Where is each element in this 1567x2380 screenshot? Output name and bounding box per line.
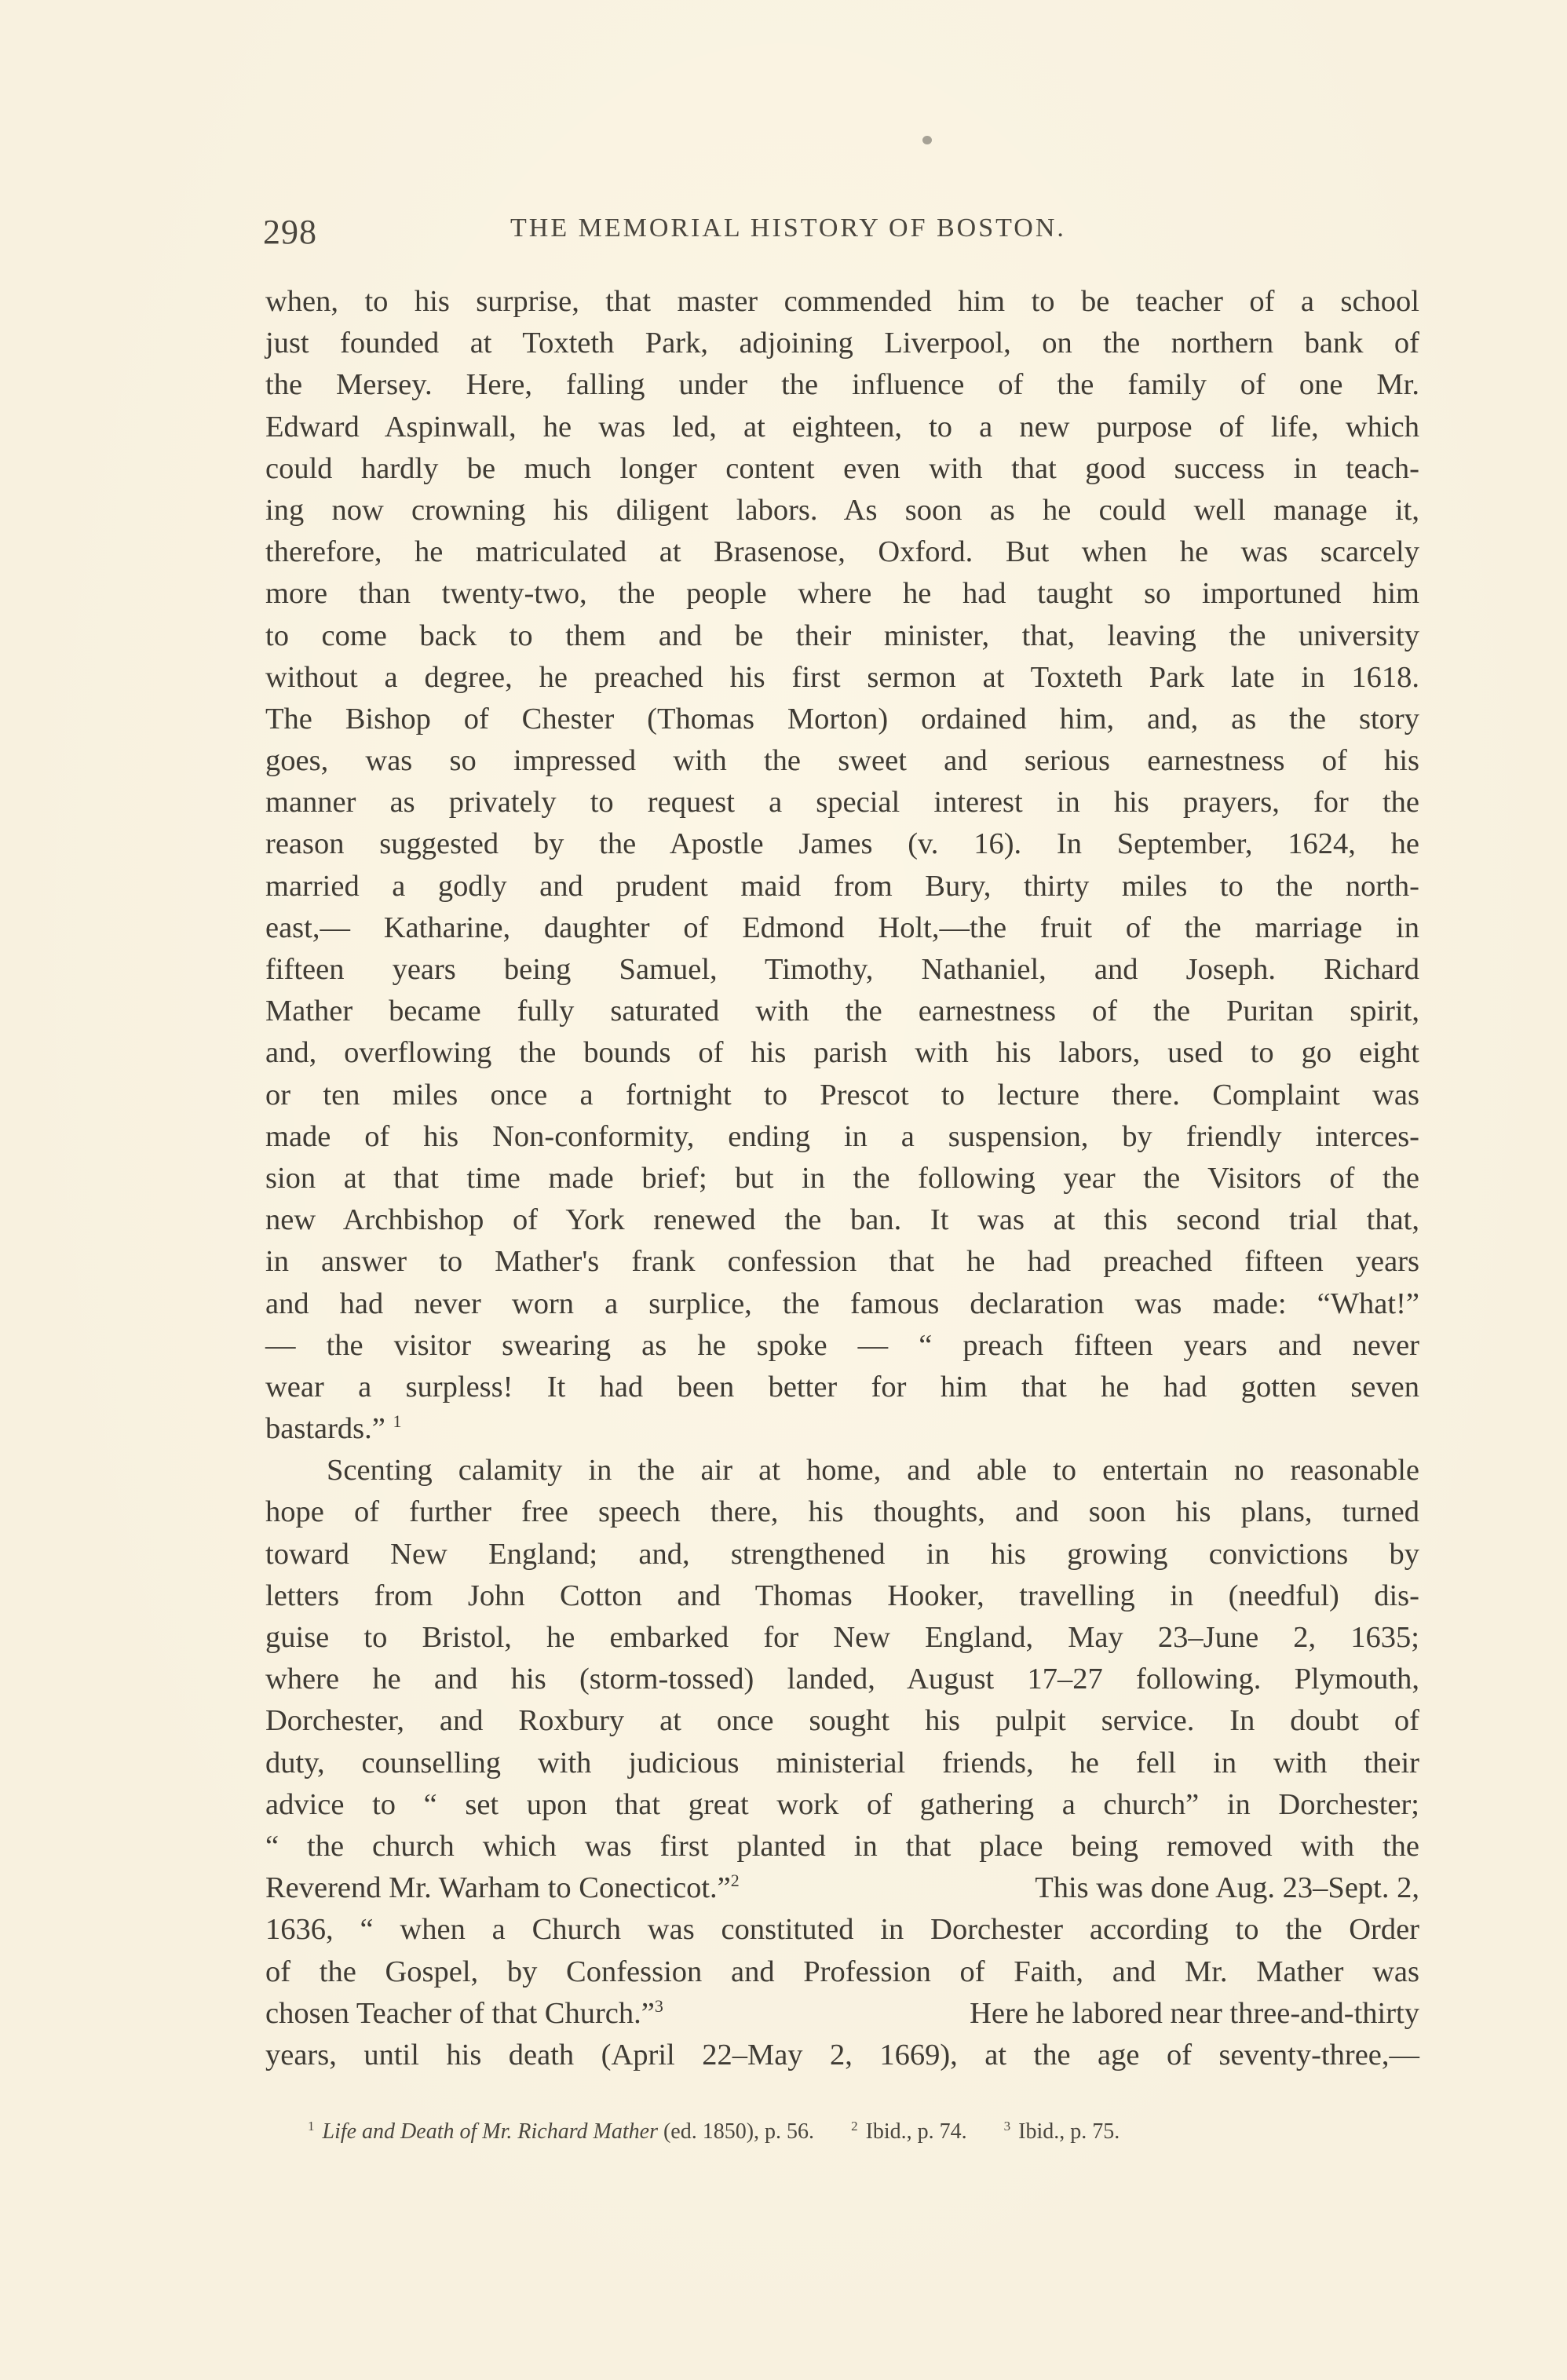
text-line: years, until his death (April 22–May 2, … [265,2035,1419,2076]
text-line: manner as privately to request a special… [265,782,1419,823]
text-line: more than twenty-two, the people where h… [265,573,1419,615]
text-line: toward New England; and, strengthened in… [265,1534,1419,1575]
paragraph-1: when, to his surprise, that master comme… [265,281,1419,1450]
text-line: The Bishop of Chester (Thomas Morton) or… [265,699,1419,740]
text-line: Reverend Mr. Warham to Conecticot.”2 Thi… [265,1867,1419,1909]
text-line: in answer to Mather's frank confession t… [265,1241,1419,1283]
running-head: 298 THE MEMORIAL HISTORY OF BOSTON. [263,206,1425,253]
text-line: — the visitor swearing as he spoke — “ p… [265,1325,1419,1367]
text-line: married a godly and prudent maid from Bu… [265,866,1419,907]
footnote-title: Life and Death of Mr. Richard Mather [323,2119,658,2144]
text-line: letters from John Cotton and Thomas Hook… [265,1575,1419,1617]
text-line: ing now crowning his diligent labors. As… [265,490,1419,531]
text-line: and had never worn a surplice, the famou… [265,1283,1419,1325]
footnote-ref-3[interactable]: 3 [655,1996,663,2016]
text-line: guise to Bristol, he embarked for New En… [265,1617,1419,1659]
text-line: chosen Teacher of that Church.”3 Here he… [265,1993,1419,2035]
text-line: new Archbishop of York renewed the ban. … [265,1199,1419,1241]
footnote-citation: Ibid., p. 74. [866,2119,967,2144]
text-line: made of his Non-conformity, ending in a … [265,1116,1419,1158]
text-line: goes, was so impressed with the sweet an… [265,740,1419,782]
text-line: where he and his (storm-tossed) landed, … [265,1659,1419,1700]
text-line: wear a surpless! It had been better for … [265,1367,1419,1408]
text-line: Edward Aspinwall, he was led, at eightee… [265,407,1419,448]
text-line: 1636, “ when a Church was constituted in… [265,1909,1419,1951]
footnote-3: 3Ibid., p. 75. [1004,2119,1120,2145]
book-page: 298 THE MEMORIAL HISTORY OF BOSTON. when… [0,0,1567,2380]
footnote-mark: 2 [851,2119,858,2134]
running-title: THE MEMORIAL HISTORY OF BOSTON. [510,214,1066,243]
text-line: Mather became fully saturated with the e… [265,991,1419,1032]
paragraph-2: Scenting calamity in the air at home, an… [265,1450,1419,2076]
footnote-mark: 3 [1004,2119,1011,2134]
body-text: when, to his surprise, that master comme… [265,281,1419,2076]
text-line: hope of further free speech there, his t… [265,1491,1419,1533]
text-line: when, to his surprise, that master comme… [265,281,1419,323]
text-line: reason suggested by the Apostle James (v… [265,823,1419,865]
text-line: the Mersey. Here, falling under the infl… [265,364,1419,406]
text-line: of the Gospel, by Confession and Profess… [265,1951,1419,1993]
paper-speck [922,136,932,144]
text-line: fifteen years being Samuel, Timothy, Nat… [265,949,1419,991]
text-line: “ the church which was first planted in … [265,1826,1419,1867]
text-line: therefore, he matriculated at Brasenose,… [265,531,1419,573]
text-line: sion at that time made brief; but in the… [265,1158,1419,1199]
text-line: or ten miles once a fortnight to Prescot… [265,1075,1419,1116]
footnote-ref-2[interactable]: 2 [731,1871,740,1890]
footnote-ref-1[interactable]: 1 [393,1411,402,1431]
text-line: to come back to them and be their minist… [265,615,1419,657]
text-line: just founded at Toxteth Park, adjoining … [265,323,1419,364]
footnotes: 1Life and Death of Mr. Richard Mather (e… [308,2119,1423,2145]
footnote-mark: 1 [308,2119,315,2134]
text-line: without a degree, he preached his first … [265,657,1419,699]
text-line: east,— Katharine, daughter of Edmond Hol… [265,907,1419,949]
text-line: and, overflowing the bounds of his paris… [265,1032,1419,1074]
footnote-1: 1Life and Death of Mr. Richard Mather (e… [308,2119,814,2145]
page-number: 298 [263,212,317,252]
text-line: duty, counselling with judicious ministe… [265,1743,1419,1784]
text-line: Scenting calamity in the air at home, an… [265,1450,1419,1491]
text-line: advice to “ set upon that great work of … [265,1784,1419,1826]
footnote-citation: (ed. 1850), p. 56. [658,2119,814,2144]
text-line: Dorchester, and Roxbury at once sought h… [265,1700,1419,1742]
footnote-2: 2Ibid., p. 74. [851,2119,967,2145]
footnote-citation: Ibid., p. 75. [1018,2119,1120,2144]
text-line: could hardly be much longer content even… [265,448,1419,490]
text-line: bastards.” 1 [265,1408,1419,1450]
